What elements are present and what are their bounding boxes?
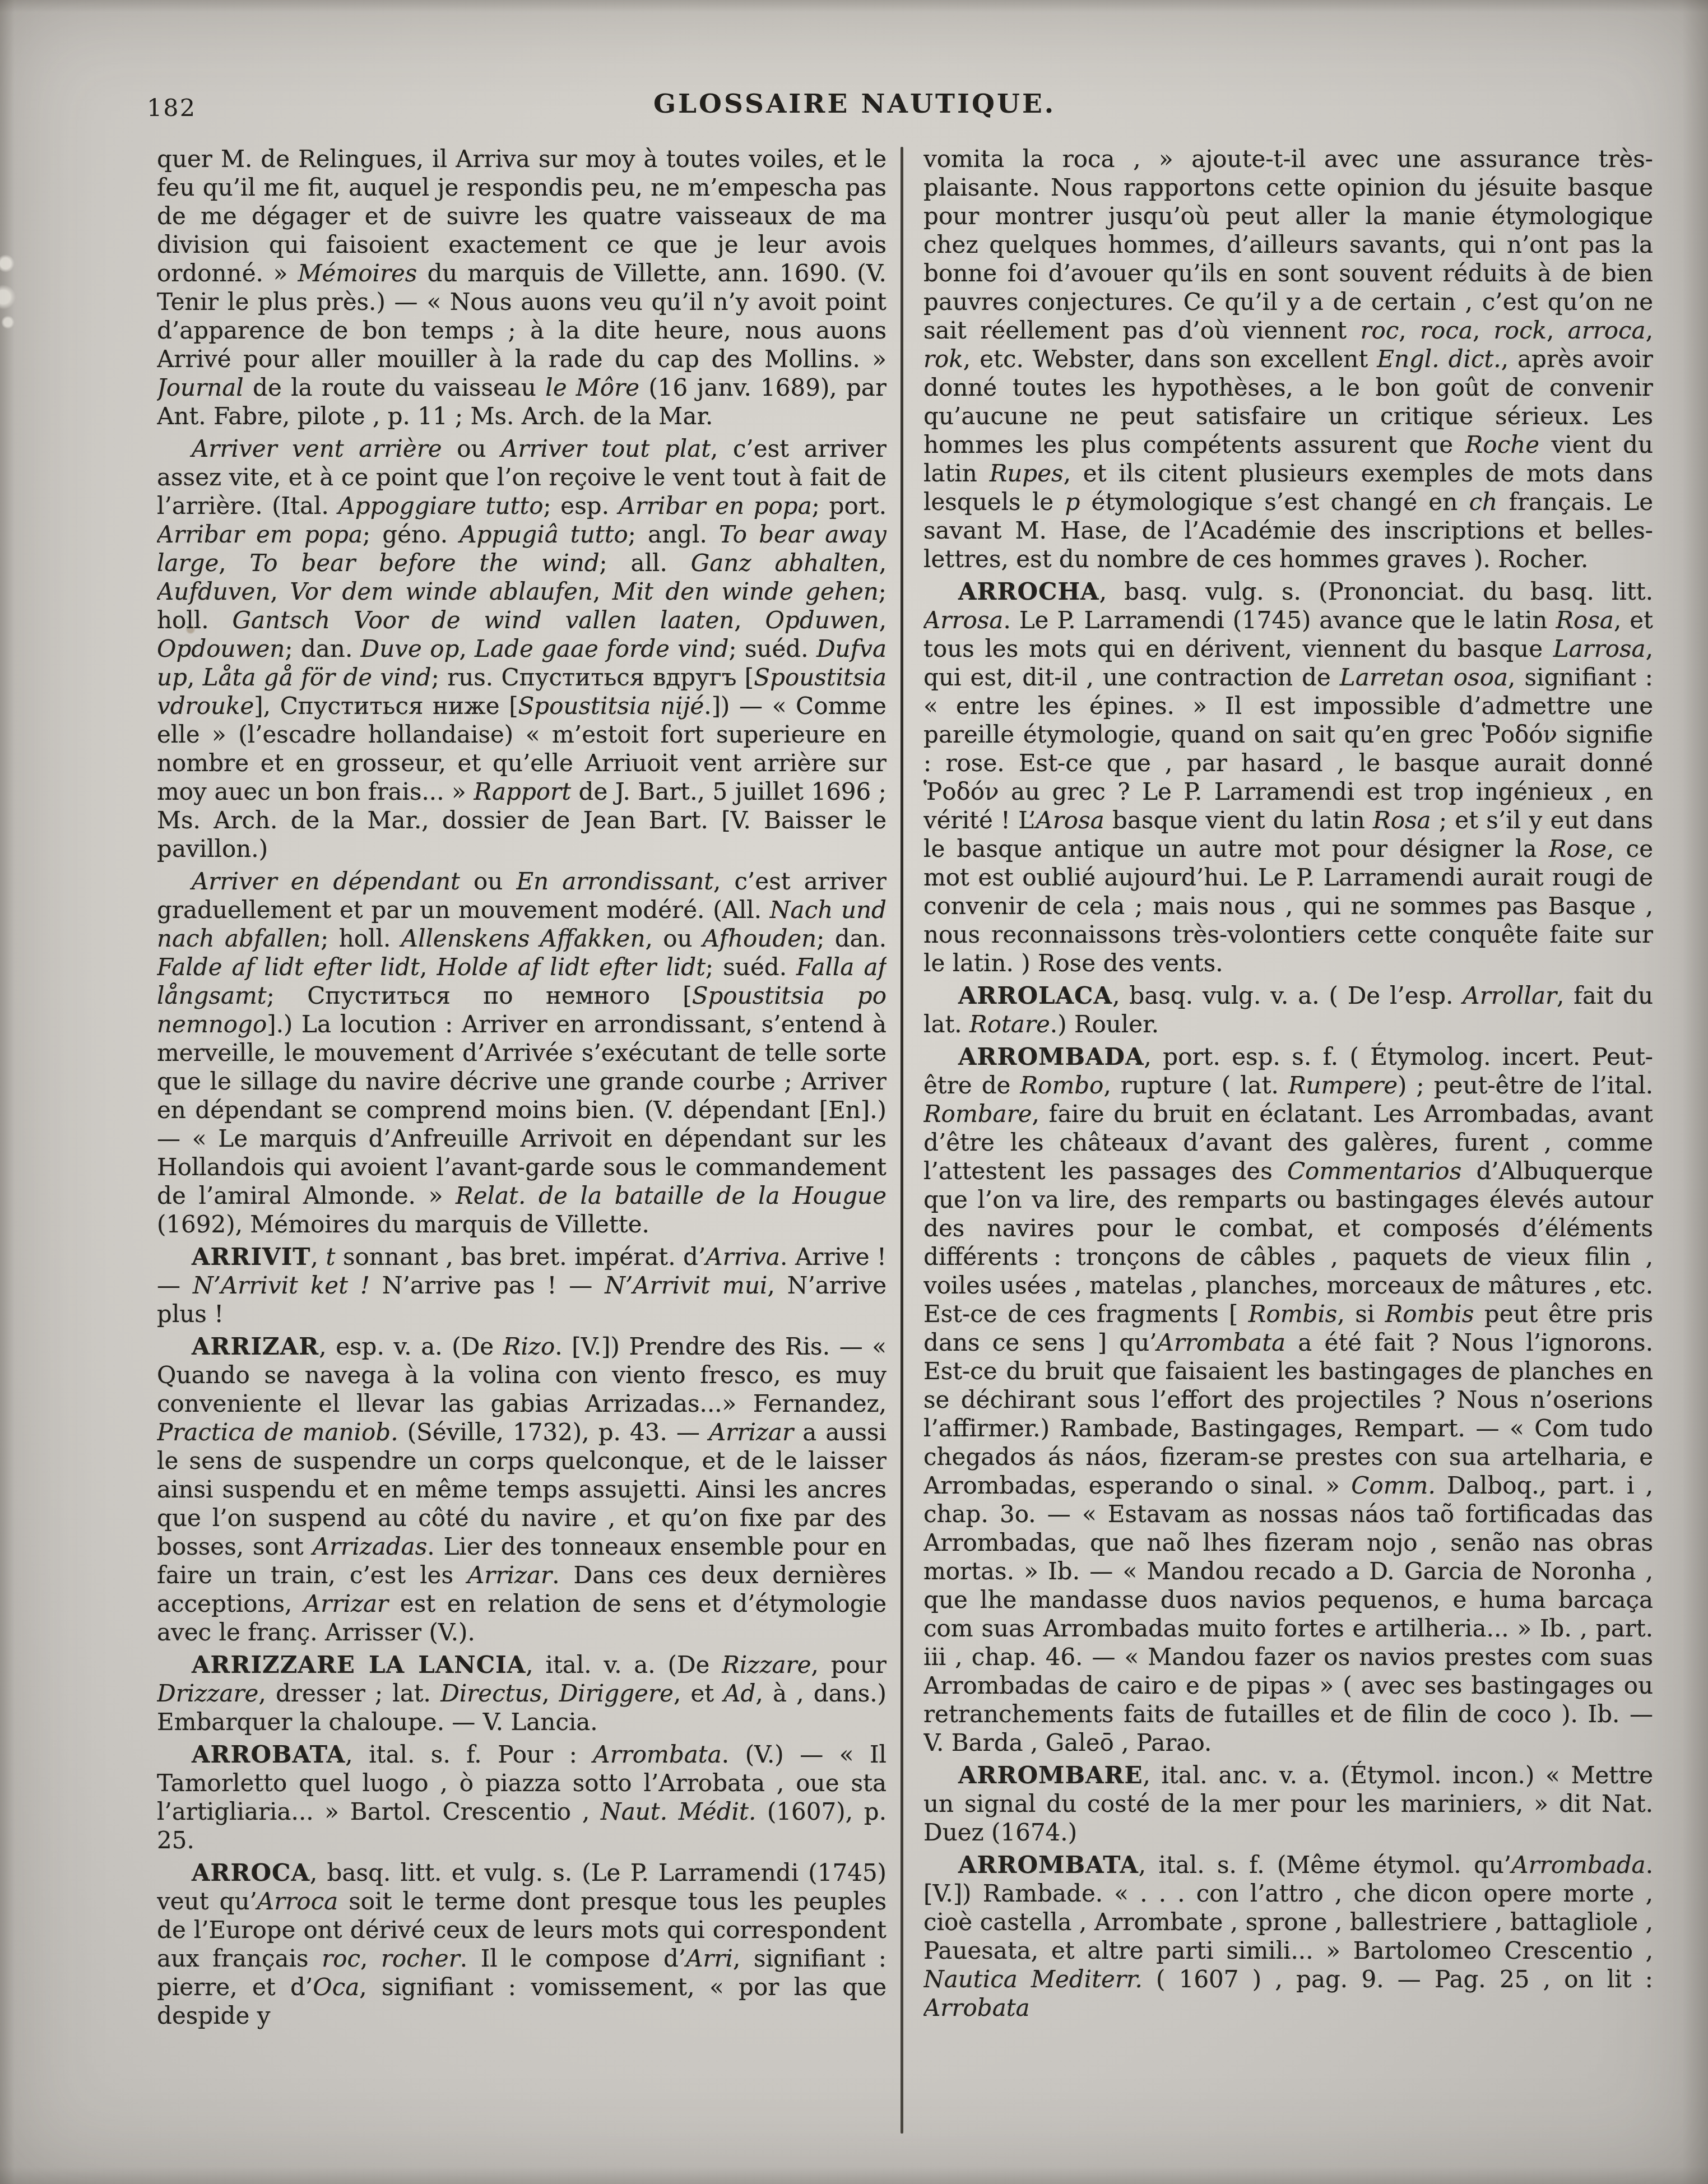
entry-arroca: ARROCA, basq. litt. et vulg. s. (Le P. L… bbox=[157, 1858, 887, 2030]
continuation-arroca: vomita la roca , » ajoute-t-il avec une … bbox=[923, 145, 1653, 573]
scanned-page: 182 GLOSSAIRE NAUTIQUE. quer M. de Relin… bbox=[0, 0, 1708, 2184]
entry-arrolaca: ARROLACA, basq. vulg. v. a. ( De l’esp. … bbox=[923, 981, 1653, 1038]
right-column: vomita la roca , » ajoute-t-il avec une … bbox=[923, 145, 1653, 2140]
continuation-arriver: quer M. de Relingues, il Arriva sur moy … bbox=[157, 145, 887, 430]
left-column: quer M. de Relingues, il Arriva sur moy … bbox=[157, 145, 887, 2140]
arriver-vent-arriere: Arriver vent arrière ou Arriver tout pla… bbox=[157, 434, 887, 863]
entry-arrivit: ARRIVIT, t sonnant , bas bret. impérat. … bbox=[157, 1242, 887, 1328]
entry-arrobata: ARROBATA, ital. s. f. Pour : Arrombata. … bbox=[157, 1740, 887, 1854]
column-divider-rule bbox=[901, 147, 903, 2134]
entry-arrombada: ARROMBADA, port. esp. s. f. ( Étymolog. … bbox=[923, 1042, 1653, 1757]
entry-arrombare: ARROMBARE, ital. anc. v. a. (Étymol. inc… bbox=[923, 1761, 1653, 1847]
running-title: GLOSSAIRE NAUTIQUE. bbox=[614, 89, 1096, 119]
arriver-en-dependant: Arriver en dépendant ou En arrondissant,… bbox=[157, 867, 887, 1239]
entry-arrocha: ARROCHA, basq. vulg. s. (Prononciat. du … bbox=[923, 577, 1653, 977]
entry-arrizar: ARRIZAR, esp. v. a. (De Rizo. [V.]) Pren… bbox=[157, 1332, 887, 1647]
page-number: 182 bbox=[147, 94, 196, 122]
entry-arrizzare-la-lancia: ARRIZZARE LA LANCIA, ital. v. a. (De Riz… bbox=[157, 1650, 887, 1736]
entry-arrombata: ARROMBATA, ital. s. f. (Même étymol. qu’… bbox=[923, 1851, 1653, 2022]
